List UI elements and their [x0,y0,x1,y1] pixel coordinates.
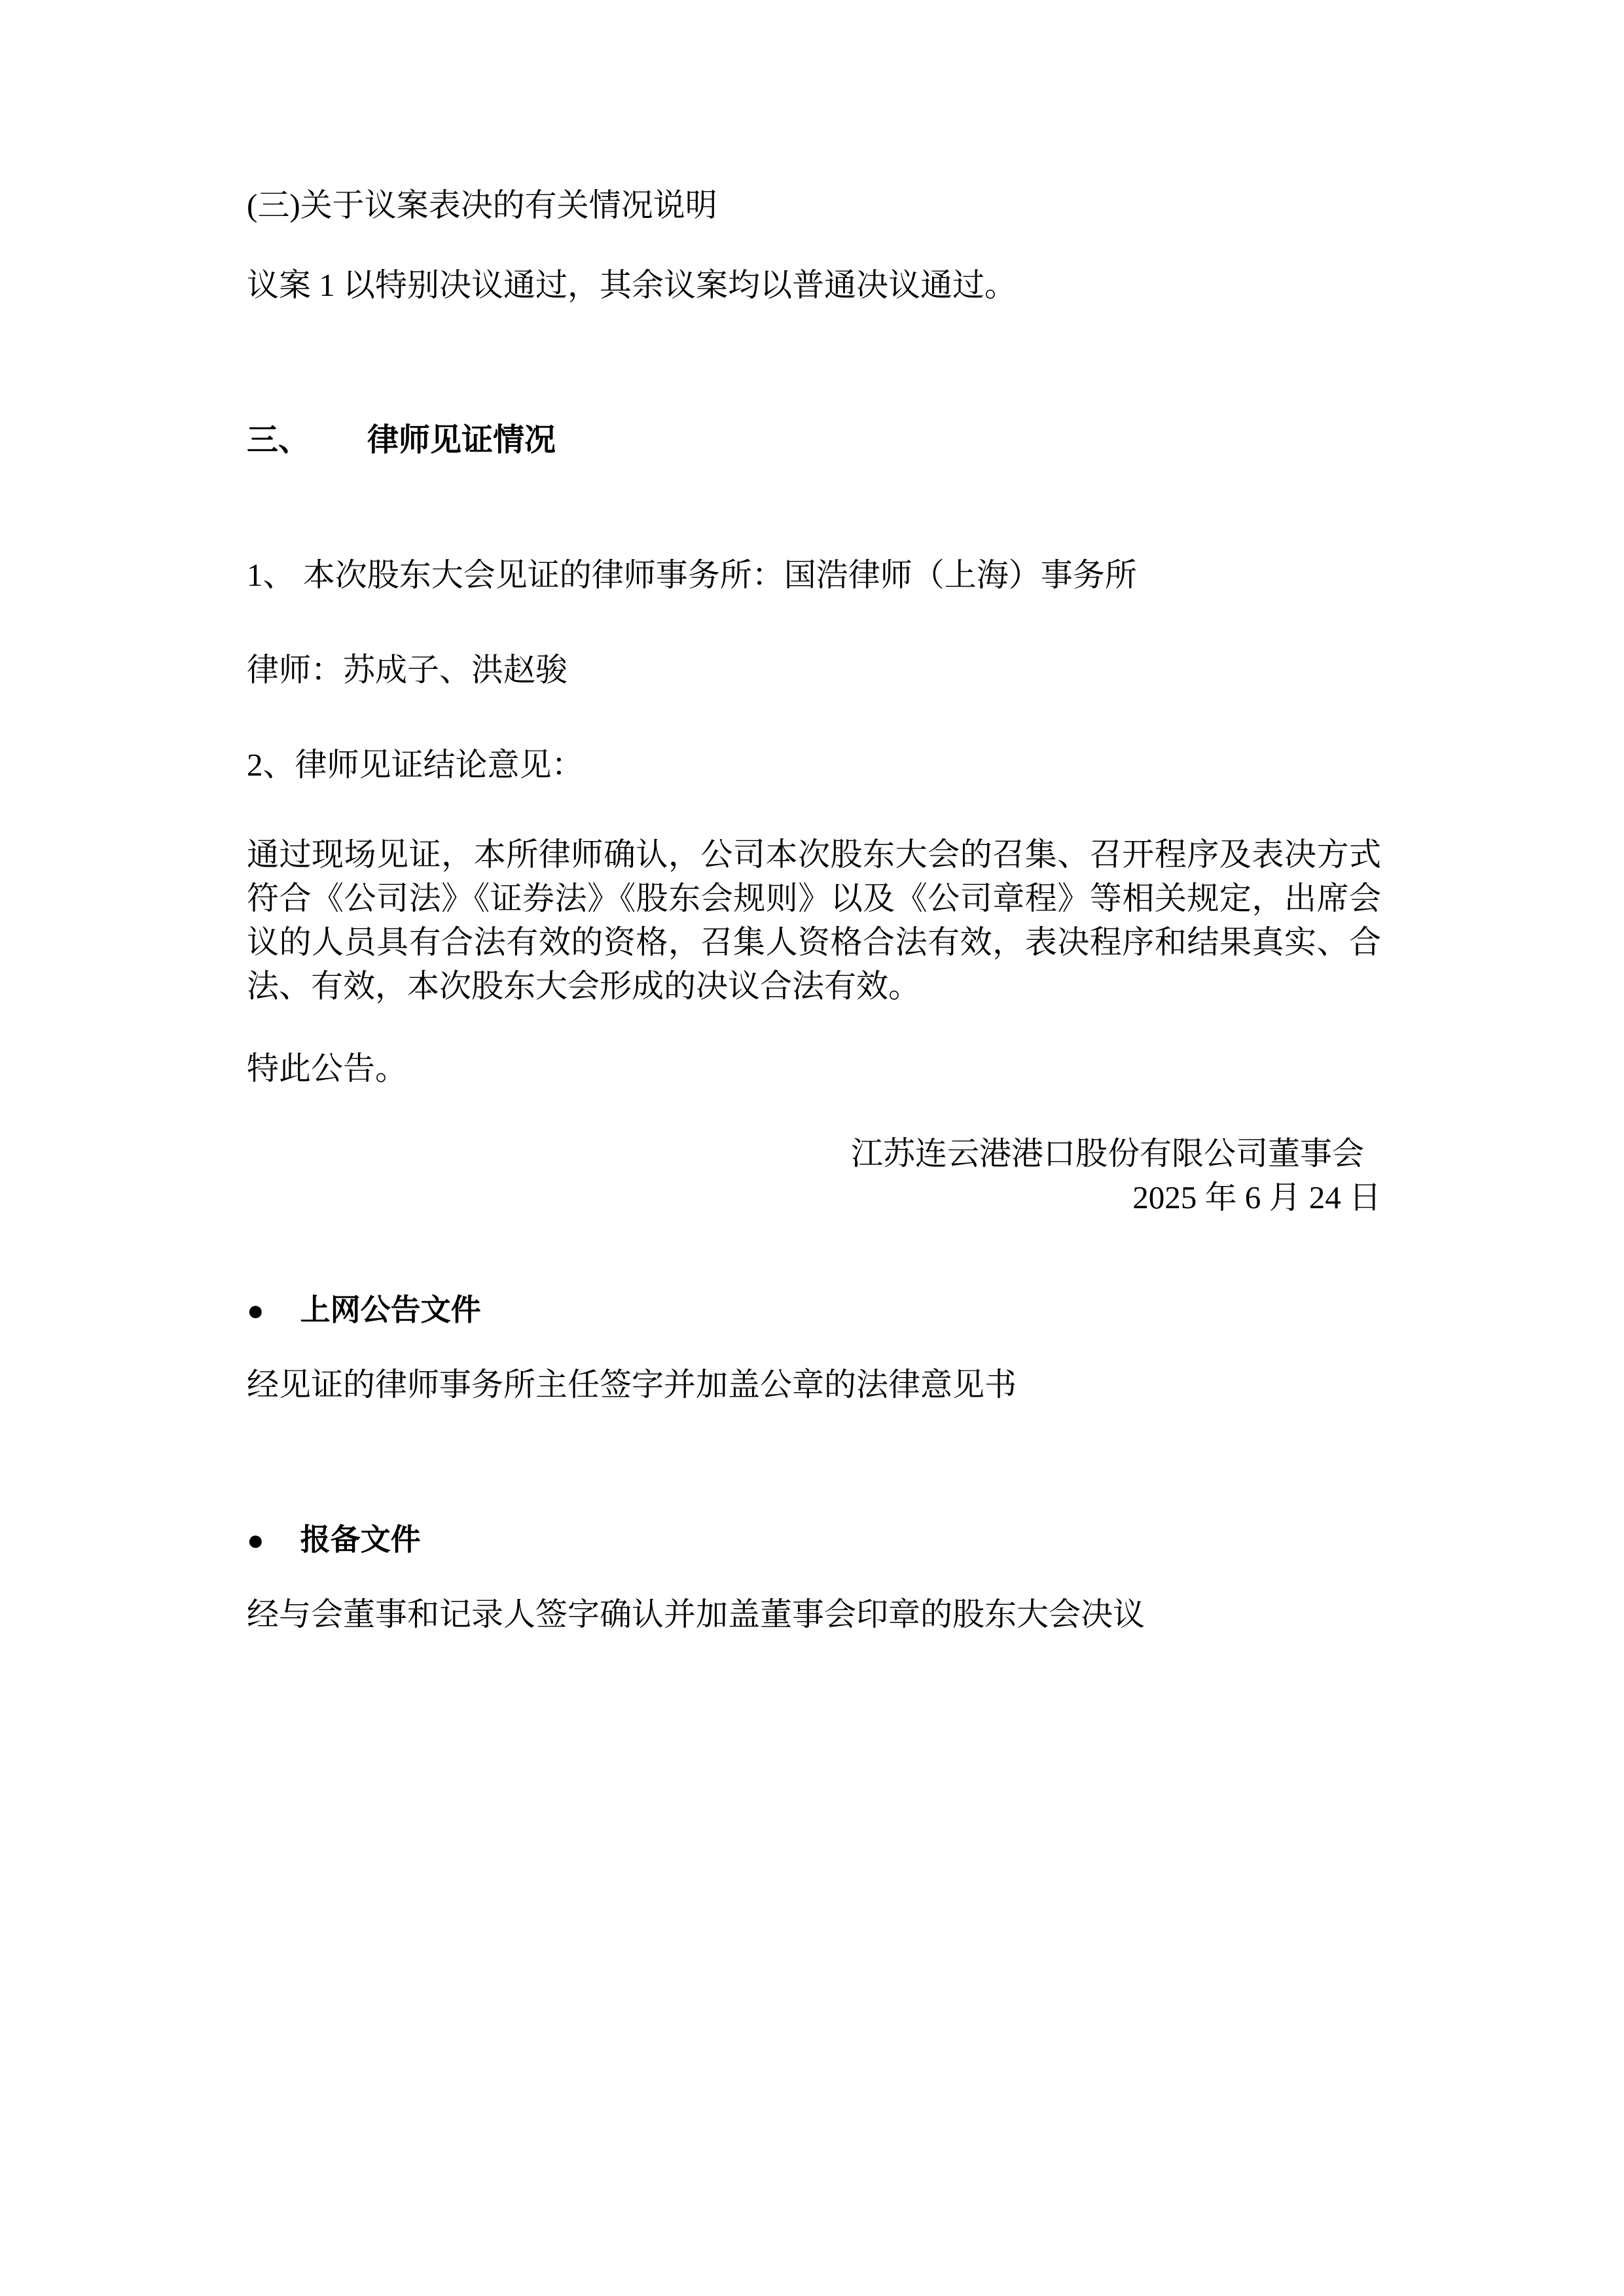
signature-company: 江苏连云港港口股份有限公司董事会 [247,1132,1381,1175]
opinion-paragraph: 通过现场见证，本所律师确认，公司本次股东大会的召集、召开程序及表决方式符合《公司… [247,833,1381,1008]
lawyers-line: 律师：苏成子、洪赵骏 [247,648,1381,692]
document-page: (三)关于议案表决的有关情况说明 议案 1 以特别决议通过，其余议案均以普通决议… [0,0,1624,2296]
bullet-icon: ● [247,1524,264,1556]
opinion-item-heading: 2、律师见证结论意见： [247,743,1381,787]
online-docs-body: 经见证的律师事务所主任签字并加盖公章的法律意见书 [247,1363,1381,1407]
signature-date: 2025 年 6 月 24 日 [247,1175,1381,1219]
filing-docs-body: 经与会董事和记录人签字确认并加盖董事会印章的股东大会决议 [247,1592,1381,1636]
online-docs-title: 上网公告文件 [300,1293,481,1327]
resolution-note: 议案 1 以特别决议通过，其余议案均以普通决议通过。 [247,263,1381,307]
subsection-heading: (三)关于议案表决的有关情况说明 [247,183,1381,227]
bullet-icon: ● [247,1295,264,1327]
law-firm-item: 1、 本次股东大会见证的律师事务所：国浩律师（上海）事务所 [247,553,1381,597]
section-title: 律师见证情况 [367,423,556,457]
online-docs-heading: ●上网公告文件 [247,1288,1381,1333]
section-heading: 三、律师见证情况 [247,418,1381,462]
closing-line: 特此公告。 [247,1047,1381,1090]
filing-docs-title: 报备文件 [300,1523,421,1556]
filing-docs-heading: ●报备文件 [247,1518,1381,1562]
section-number: 三、 [247,423,310,457]
